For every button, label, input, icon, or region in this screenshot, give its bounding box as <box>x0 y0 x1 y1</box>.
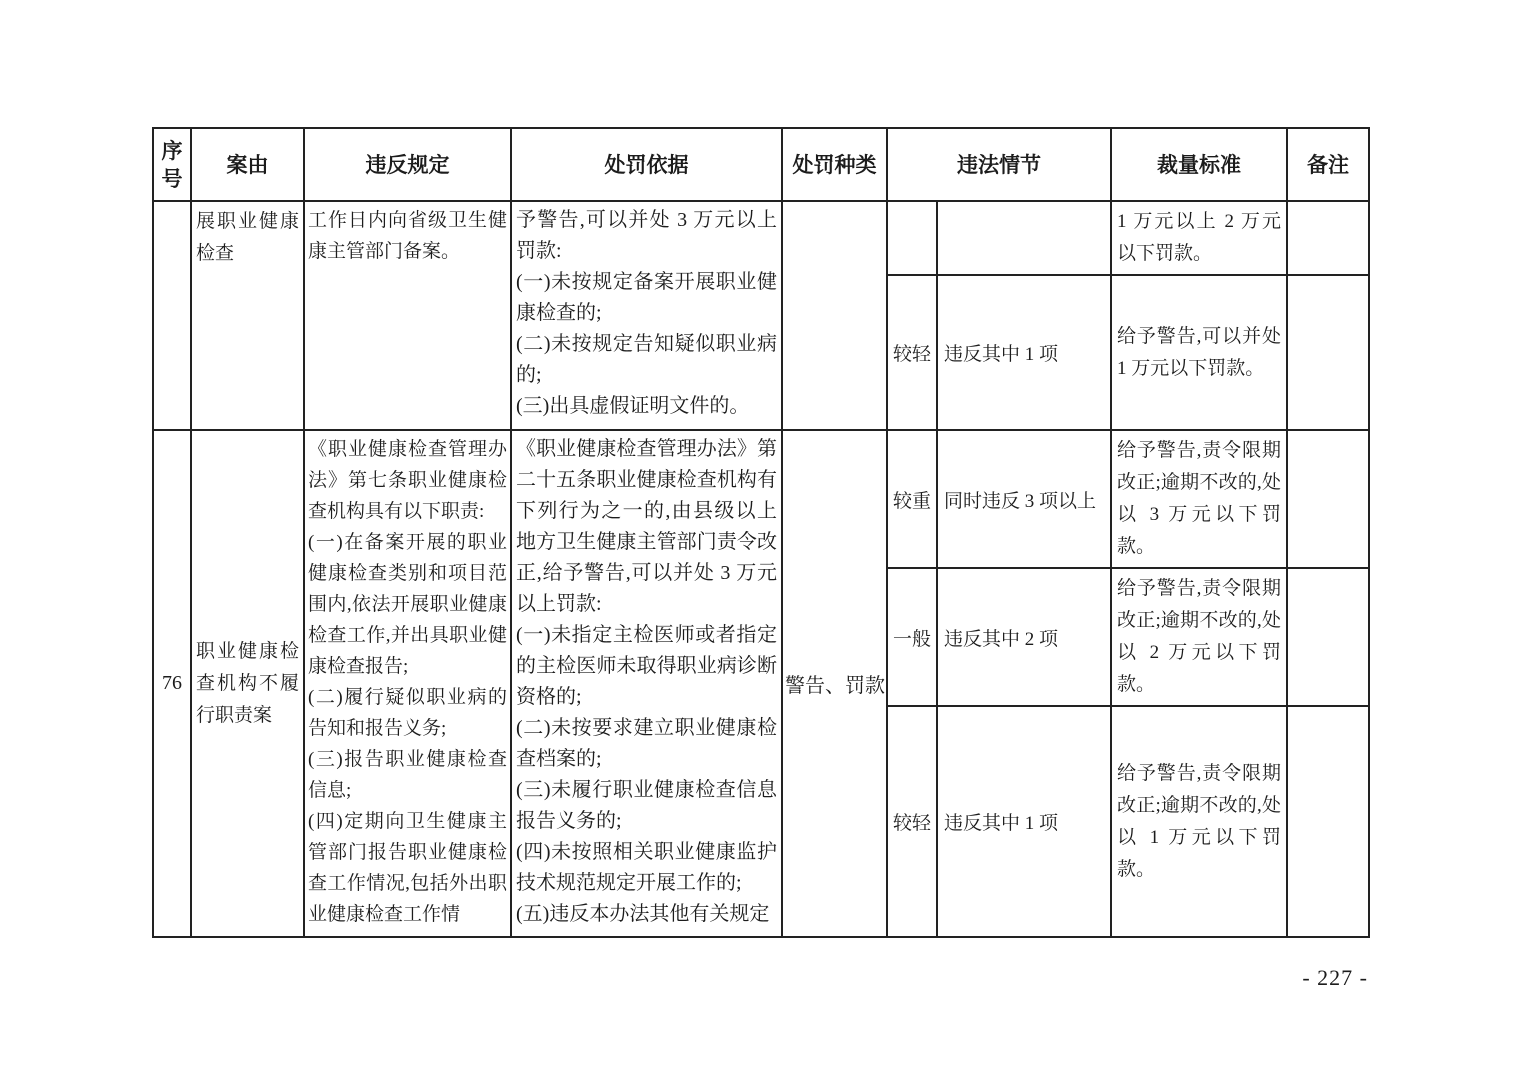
cell-standard: 给予警告,可以并处 1 万元以下罚款。 <box>1111 275 1287 430</box>
penalty-standards-table: 序号 案由 违反规定 处罚依据 处罚种类 违法情节 裁量标准 备注 展职业健康检… <box>152 127 1370 938</box>
cell-remark <box>1287 706 1369 937</box>
cell-penalty-type-76: 警告、罚款 <box>782 430 887 937</box>
cell-standard: 给予警告,责令限期改正;逾期不改的,处以 3 万元以下罚款。 <box>1111 430 1287 568</box>
header-col-standard: 裁量标准 <box>1111 128 1287 201</box>
cell-penalty-type-continuation <box>782 201 887 430</box>
cell-cause-76: 职业健康检查机构不履行职责案 <box>191 430 304 937</box>
header-col-basis: 处罚依据 <box>511 128 782 201</box>
header-col-cause: 案由 <box>191 128 304 201</box>
cell-circumstance: 违反其中 1 项 <box>937 706 1111 937</box>
cell-severity-empty <box>887 201 937 275</box>
header-col-violation: 违反规定 <box>304 128 511 201</box>
header-col-penalty-type: 处罚种类 <box>782 128 887 201</box>
cell-severity: 较轻 <box>887 706 937 937</box>
cell-remark <box>1287 430 1369 568</box>
cell-standard: 给予警告,责令限期改正;逾期不改的,处以 2 万元以下罚款。 <box>1111 568 1287 706</box>
cell-no-continuation <box>153 201 191 430</box>
cell-remark <box>1287 275 1369 430</box>
cell-circumstance: 违反其中 2 项 <box>937 568 1111 706</box>
cell-cause-continuation: 展职业健康检查 <box>191 201 304 430</box>
cell-circumstance: 违反其中 1 项 <box>937 275 1111 430</box>
document-page: 序号 案由 违反规定 处罚依据 处罚种类 违法情节 裁量标准 备注 展职业健康检… <box>0 0 1520 1074</box>
header-row: 序号 案由 违反规定 处罚依据 处罚种类 违法情节 裁量标准 备注 <box>153 128 1369 201</box>
table-row-76-severe: 76 职业健康检查机构不履行职责案 《职业健康检查管理办法》第七条职业健康检查机… <box>153 430 1369 568</box>
cell-severity: 较重 <box>887 430 937 568</box>
page-number: - 227 - <box>1168 965 1368 991</box>
table-row-continuation-a: 展职业健康检查 工作日内向省级卫生健康主管部门备案。 予警告,可以并处 3 万元… <box>153 201 1369 275</box>
cell-severity: 较轻 <box>887 275 937 430</box>
cell-severity: 一般 <box>887 568 937 706</box>
cell-remark <box>1287 568 1369 706</box>
header-col-remark: 备注 <box>1287 128 1369 201</box>
header-col-circumstance: 违法情节 <box>887 128 1111 201</box>
cell-circumstance-empty <box>937 201 1111 275</box>
cell-circumstance: 同时违反 3 项以上 <box>937 430 1111 568</box>
cell-standard-continuation: 1 万元以上 2 万元以下罚款。 <box>1111 201 1287 275</box>
cell-standard: 给予警告,责令限期改正;逾期不改的,处以 1 万元以下罚款。 <box>1111 706 1287 937</box>
cell-violation-continuation: 工作日内向省级卫生健康主管部门备案。 <box>304 201 511 430</box>
cell-basis-76: 《职业健康检查管理办法》第二十五条职业健康检查机构有下列行为之一的,由县级以上地… <box>511 430 782 937</box>
cell-violation-76: 《职业健康检查管理办法》第七条职业健康检查机构具有以下职责: (一)在备案开展的… <box>304 430 511 937</box>
cell-no-76: 76 <box>153 430 191 937</box>
cell-remark <box>1287 201 1369 275</box>
cell-basis-continuation: 予警告,可以并处 3 万元以上罚款: (一)未按规定备案开展职业健康检查的; (… <box>511 201 782 430</box>
header-col-no: 序号 <box>153 128 191 201</box>
